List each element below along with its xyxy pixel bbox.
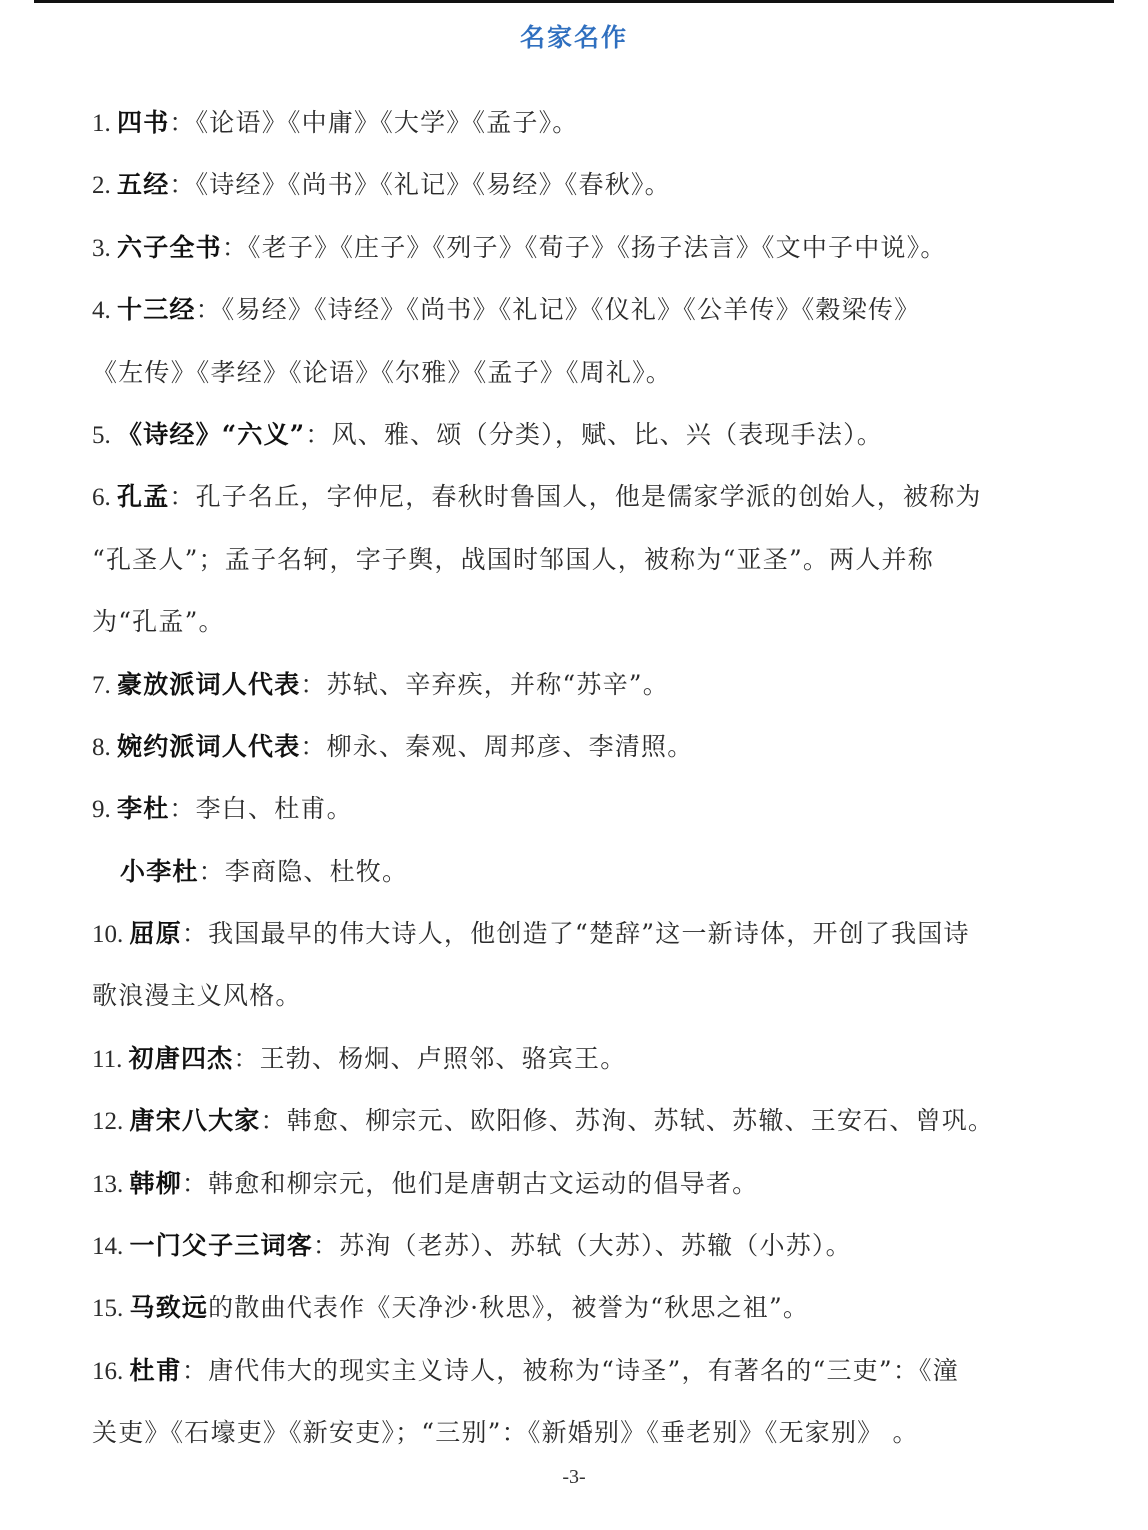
item-number: 9. [92,796,117,823]
list-item-9-sub: 小李杜：李商隐、杜牧。 [92,849,1067,911]
item-text: ：苏轼、辛弃疾，并称“苏辛”。 [300,670,669,699]
list-item-5: 5. 《诗经》“六义”：风、雅、颂（分类），赋、比、兴（表现手法）。 [92,412,1067,474]
item-keyword: 《诗经》“六义” [117,420,305,449]
list-item-10: 10. 屈原：我国最早的伟大诗人，他创造了“楚辞”这一新诗体，开创了我国诗 [92,911,1067,973]
item-text-continued: 歌浪漫主义风格。 [92,981,302,1010]
item-text: ：韩愈、柳宗元、欧阳修、苏洵、苏轼、苏辙、王安石、曾巩。 [261,1106,995,1135]
item-text: ：《易经》《诗经》《尚书》《礼记》《仪礼》《公羊传》《穀梁传》 [196,295,921,324]
list-item-16: 16. 杜甫：唐代伟大的现实主义诗人，被称为“诗圣”，有著名的“三吏”：《潼 [92,1348,1067,1410]
item-text: ：《诗经》《尚书》《礼记》《易经》《春秋》。 [169,170,670,199]
list-item-9: 9. 李杜：李白、杜甫。 [92,786,1067,848]
list-item-8: 8. 婉约派词人代表：柳永、秦观、周邦彦、李清照。 [92,724,1067,786]
item-number: 16. [92,1358,130,1385]
item-keyword: 五经 [117,170,169,199]
item-text-continued: 《左传》《孝经》《论语》《尔雅》《孟子》《周礼》。 [92,358,672,387]
item-keyword: 屈原 [130,919,182,948]
item-number: 12. [92,1108,130,1135]
item-keyword: 小李杜 [120,857,199,886]
list-item-4: 4. 十三经：《易经》《诗经》《尚书》《礼记》《仪礼》《公羊传》《穀梁传》 [92,287,1067,349]
item-number: 7. [92,672,117,699]
item-text-continued: 为“孔孟”。 [92,607,225,636]
list-item-3: 3. 六子全书：《老子》《庄子》《列子》《荀子》《扬子法言》《文中子中说》。 [92,225,1067,287]
item-number: 2. [92,172,117,199]
item-text: 的散曲代表作《天净沙·秋思》，被誉为“秋思之祖”。 [208,1293,809,1322]
item-keyword: 韩柳 [130,1169,182,1198]
item-keyword: 马致远 [130,1293,209,1322]
item-number: 13. [92,1171,130,1198]
item-keyword: 杜甫 [130,1356,182,1385]
page-number: -3- [0,1466,1148,1489]
item-number: 3. [92,235,117,262]
item-text: ：《论语》《中庸》《大学》《孟子》。 [169,108,578,137]
item-number: 4. [92,297,117,324]
item-number: 5. [92,422,117,449]
item-number: 15. [92,1295,130,1322]
item-text: ：王勃、杨炯、卢照邻、骆宾王。 [233,1044,626,1073]
item-number: 10. [92,921,130,948]
item-text: ：风、雅、颂（分类），赋、比、兴（表现手法）。 [305,420,883,449]
list-item-11: 11. 初唐四杰：王勃、杨炯、卢照邻、骆宾王。 [92,1036,1067,1098]
list-item-15: 15. 马致远的散曲代表作《天净沙·秋思》，被誉为“秋思之祖”。 [92,1285,1067,1347]
list-item-2: 2. 五经：《诗经》《尚书》《礼记》《易经》《春秋》。 [92,162,1067,224]
item-text: ：柳永、秦观、周邦彦、李清照。 [300,732,693,761]
list-item-14: 14. 一门父子三词客：苏洵（老苏）、苏轼（大苏）、苏辙（小苏）。 [92,1223,1067,1285]
item-number: 8. [92,734,117,761]
item-number: 11. [92,1046,129,1073]
list-item-13: 13. 韩柳：韩愈和柳宗元，他们是唐朝古文运动的倡导者。 [92,1161,1067,1223]
list-item-6-continuation-2: 为“孔孟”。 [92,599,1067,661]
item-text: ：韩愈和柳宗元，他们是唐朝古文运动的倡导者。 [182,1169,758,1198]
item-keyword: 初唐四杰 [129,1044,234,1073]
item-text: ：《老子》《庄子》《列子》《荀子》《扬子法言》《文中子中说》。 [222,233,947,262]
item-text: ：李商隐、杜牧。 [199,857,409,886]
list-item-16-continuation: 关吏》《石壕吏》《新安吏》；“三别”：《新婚别》《垂老别》《无家别》 。 [92,1410,1067,1472]
page-title: 名家名作 [0,18,1148,54]
item-keyword: 孔孟 [117,482,169,511]
item-keyword: 唐宋八大家 [130,1106,261,1135]
list-item-6-continuation: “孔圣人”；孟子名轲，字子舆，战国时邹国人，被称为“亚圣”。两人并称 [92,537,1067,599]
item-keyword: 六子全书 [117,233,222,262]
item-text: ：孔子名丘，字仲尼，春秋时鲁国人，他是儒家学派的创始人，被称为 [169,482,981,511]
item-text: ：我国最早的伟大诗人，他创造了“楚辞”这一新诗体，开创了我国诗 [182,919,970,948]
top-border-rule [34,0,1114,3]
list-item-12: 12. 唐宋八大家：韩愈、柳宗元、欧阳修、苏洵、苏轼、苏辙、王安石、曾巩。 [92,1098,1067,1160]
item-keyword: 十三经 [117,295,196,324]
item-number: 6. [92,484,117,511]
document-body: 1. 四书：《论语》《中庸》《大学》《孟子》。 2. 五经：《诗经》《尚书》《礼… [92,100,1067,1473]
item-keyword: 婉约派词人代表 [117,732,300,761]
list-item-10-continuation: 歌浪漫主义风格。 [92,973,1067,1035]
item-keyword: 豪放派词人代表 [117,670,300,699]
item-keyword: 一门父子三词客 [130,1231,313,1260]
item-number: 1. [92,110,117,137]
list-item-4-continuation: 《左传》《孝经》《论语》《尔雅》《孟子》《周礼》。 [92,350,1067,412]
item-number: 14. [92,1233,130,1260]
list-item-1: 1. 四书：《论语》《中庸》《大学》《孟子》。 [92,100,1067,162]
item-text-continued: 关吏》《石壕吏》《新安吏》；“三别”：《新婚别》《垂老别》《无家别》 。 [92,1418,919,1447]
list-item-6: 6. 孔孟：孔子名丘，字仲尼，春秋时鲁国人，他是儒家学派的创始人，被称为 [92,474,1067,536]
item-text-continued: “孔圣人”；孟子名轲，字子舆，战国时邹国人，被称为“亚圣”。两人并称 [92,545,934,574]
item-keyword: 四书 [117,108,169,137]
item-text: ：唐代伟大的现实主义诗人，被称为“诗圣”，有著名的“三吏”：《潼 [182,1356,959,1385]
item-keyword: 李杜 [117,794,169,823]
item-text: ：苏洵（老苏）、苏轼（大苏）、苏辙（小苏）。 [313,1231,852,1260]
item-text: ：李白、杜甫。 [169,794,352,823]
list-item-7: 7. 豪放派词人代表：苏轼、辛弃疾，并称“苏辛”。 [92,662,1067,724]
